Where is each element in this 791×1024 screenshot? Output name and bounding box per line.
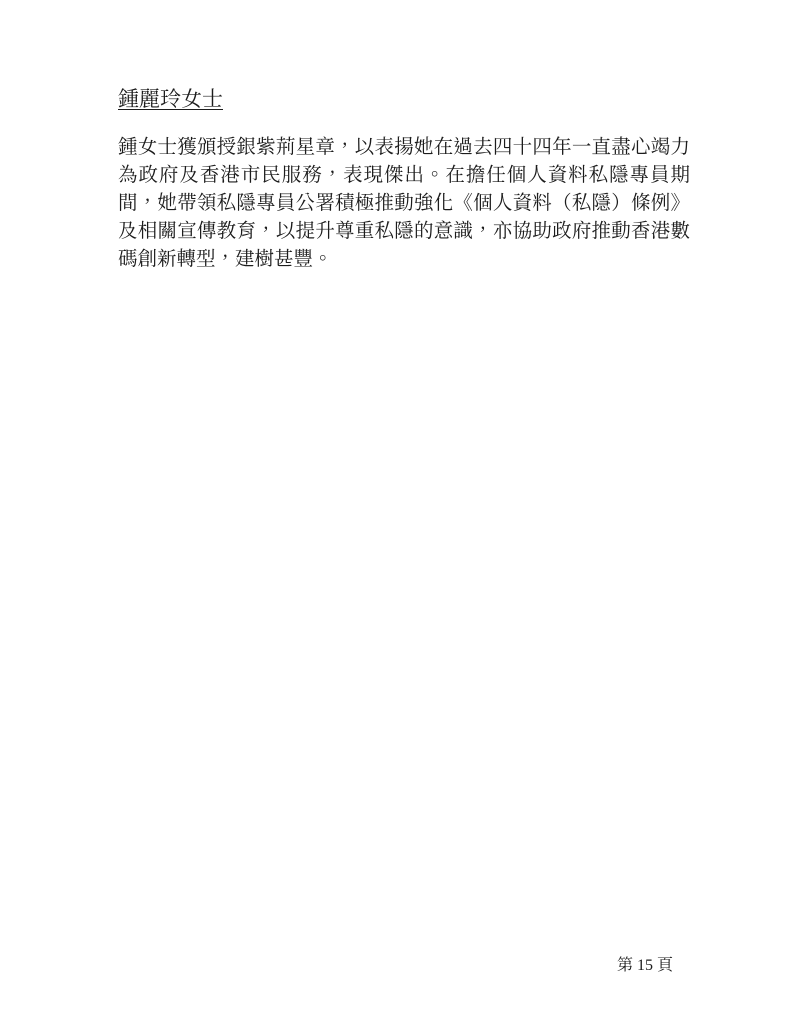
paragraph-line: 鍾女士獲頒授銀紫荊星章，以表揚她在過去四十四年一直盡心竭力 xyxy=(118,134,690,162)
page-number: 第 15 頁 xyxy=(617,955,673,977)
document-body: 鍾麗玲女士 鍾女士獲頒授銀紫荊星章，以表揚她在過去四十四年一直盡心竭力為政府及香… xyxy=(118,85,690,274)
section-heading: 鍾麗玲女士 xyxy=(118,85,690,113)
paragraph-line: 為政府及香港市民服務，表現傑出。在擔任個人資料私隱專員期 xyxy=(118,162,690,190)
paragraph-line: 碼創新轉型，建樹甚豐。 xyxy=(118,246,690,274)
document-page: 鍾麗玲女士 鍾女士獲頒授銀紫荊星章，以表揚她在過去四十四年一直盡心竭力為政府及香… xyxy=(0,0,791,1024)
paragraph-line: 間，她帶領私隱專員公署積極推動強化《個人資料（私隱）條例》 xyxy=(118,190,690,218)
biography-paragraph: 鍾女士獲頒授銀紫荊星章，以表揚她在過去四十四年一直盡心竭力為政府及香港市民服務，… xyxy=(118,134,690,274)
paragraph-line: 及相關宣傳教育，以提升尊重私隱的意識，亦協助政府推動香港數 xyxy=(118,218,690,246)
